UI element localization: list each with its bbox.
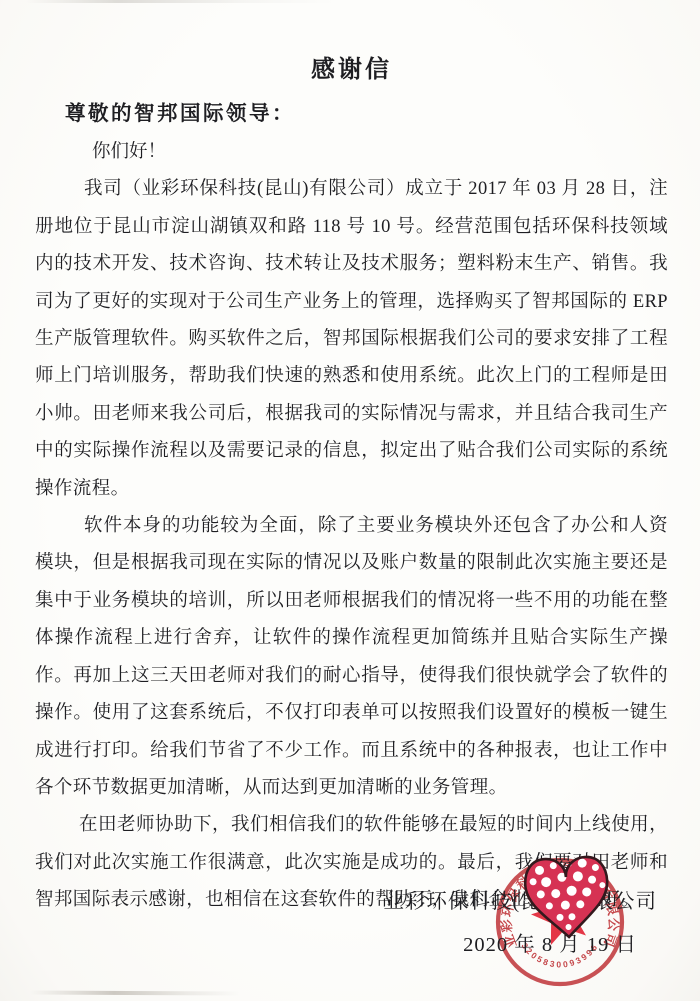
letter-body: 感谢信 尊敬的智邦国际领导： 你们好！ 我司（业彩环保科技(昆山)有限公司）成立…	[35, 50, 668, 920]
salutation: 尊敬的智邦国际领导：	[65, 94, 668, 134]
greeting: 你们好！	[35, 134, 668, 171]
polka-dot-heart-icon	[521, 851, 614, 945]
signature-company: 业彩环保科技(昆山)有限公司	[383, 886, 657, 918]
letter-title: 感谢信	[35, 50, 668, 90]
scanned-letter-page: 业彩环保科技（昆山）有限公司 3205830093996 感谢信 尊敬的智邦国际…	[0, 0, 700, 1001]
scan-artifact-bottom	[30, 990, 240, 995]
signature-block: 业彩环保科技(昆山)有限公司 2020 年 8 月 19 日	[383, 886, 657, 960]
paragraph-2: 软件本身的功能较为全面，除了主要业务模块外还包含了办公和人资模块，但是根据我司现…	[35, 508, 668, 807]
scan-artifact-top	[25, 0, 335, 3]
paragraph-1: 我司（业彩环保科技(昆山)有限公司）成立于 2017 年 03 月 28 日，注…	[35, 171, 668, 508]
